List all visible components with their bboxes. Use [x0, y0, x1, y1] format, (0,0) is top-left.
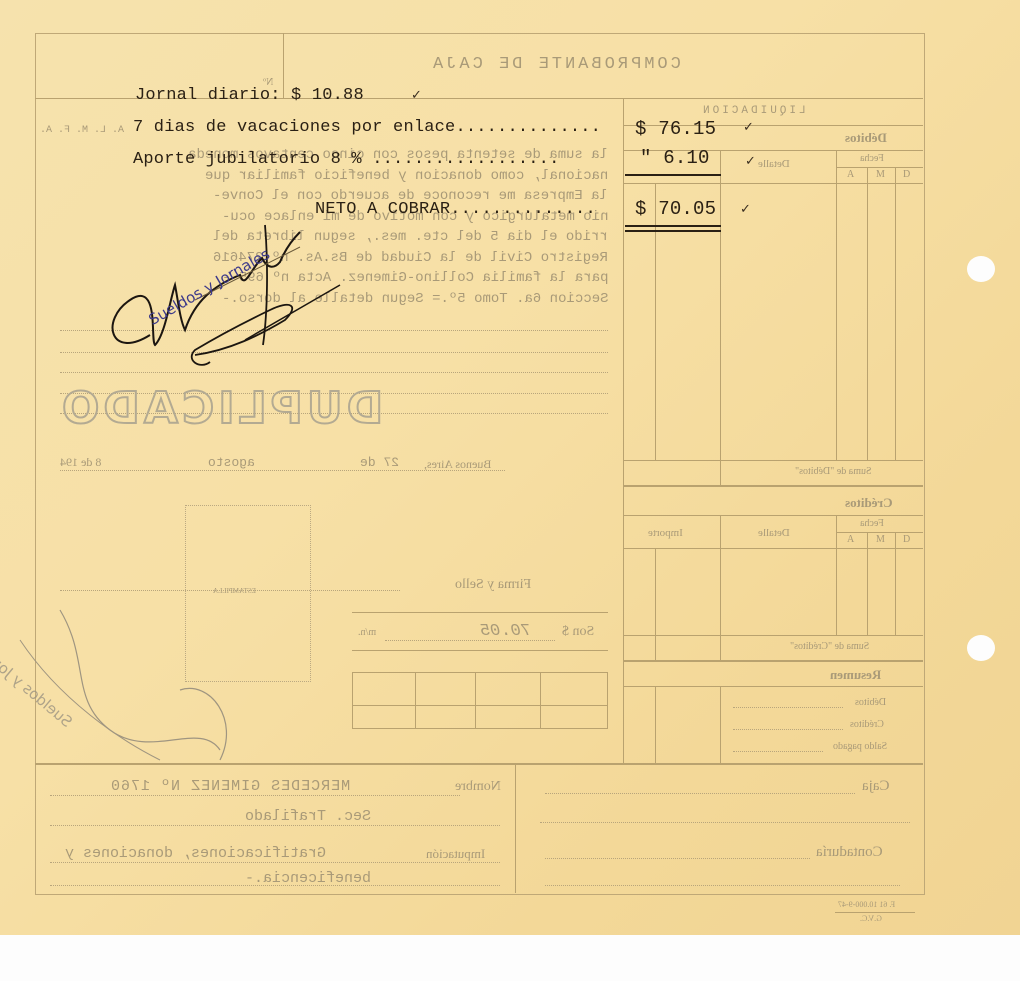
handwritten-signature: [0, 0, 1020, 935]
document-page: COMPROBANTE DE CAJA Nº LIQUIDACION Débit…: [0, 0, 1020, 935]
